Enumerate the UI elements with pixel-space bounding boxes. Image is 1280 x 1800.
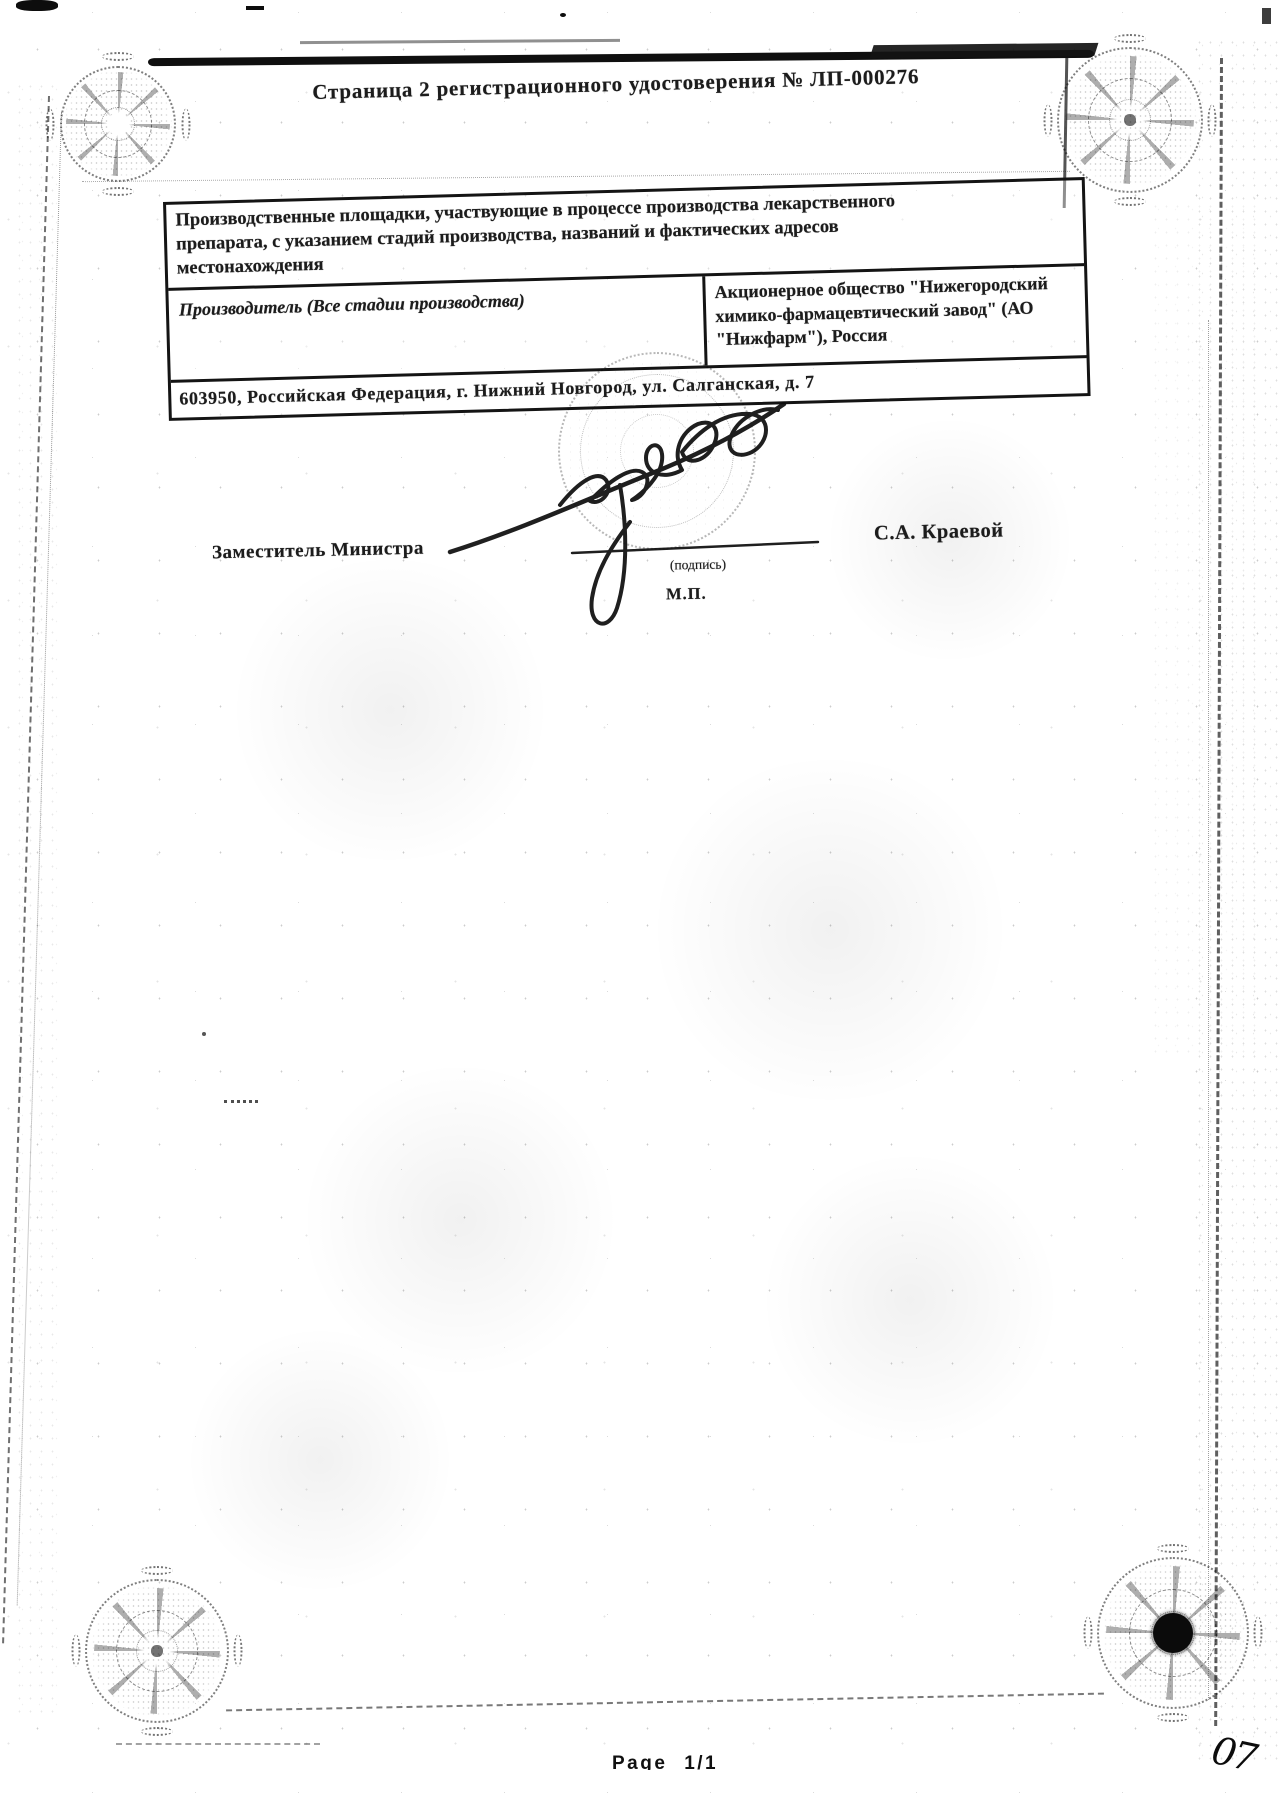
producer-value-cell: Акционерное общество "Нижегородский хими…	[702, 266, 1086, 365]
guilloche-rosette-bottom-right-icon	[1100, 1560, 1246, 1706]
scan-speck	[560, 13, 566, 17]
scan-speck	[1262, 8, 1271, 24]
guilloche-rosette-top-left-icon	[62, 68, 174, 180]
border-line-bottom	[226, 1693, 1104, 1712]
scan-blotch	[180, 1330, 460, 1590]
right-border-texture	[1194, 36, 1280, 1760]
handwritten-page-mark: 07	[1208, 1728, 1259, 1780]
border-line-right-inner	[1208, 320, 1209, 1700]
position-title: Заместитель Министра	[212, 538, 424, 565]
border-line-left-inner	[17, 112, 62, 1605]
guilloche-rosette-bottom-left-icon	[88, 1582, 226, 1720]
page-indicator: Page 1/1	[612, 1752, 718, 1770]
border-line-bottom-left	[116, 1743, 320, 1745]
scan-blotch	[760, 1150, 1060, 1450]
signer-name: С.А. Краевой	[874, 520, 1004, 546]
scan-streak	[300, 39, 620, 44]
right-margin-mottle	[1150, 200, 1260, 1060]
scan-blotch	[300, 1060, 620, 1380]
scan-dots-row	[224, 1100, 258, 1103]
scan-speck	[16, 0, 58, 11]
handwritten-signature	[420, 370, 840, 650]
guilloche-rosette-top-right-icon	[1060, 50, 1200, 190]
border-line-right-outer	[1214, 58, 1223, 1726]
seal-abbreviation: М.П.	[666, 584, 707, 605]
signature-caption: (подпись)	[646, 556, 750, 574]
scanned-certificate-page: Страница 2 регистрационного удостоверени…	[0, 0, 1280, 1800]
page-title: Страница 2 регистрационного удостоверени…	[312, 64, 920, 105]
scan-speck	[246, 6, 264, 10]
border-line-left-outer	[2, 96, 50, 1643]
scan-blotch	[640, 760, 1020, 1100]
scan-speck	[202, 1032, 206, 1036]
left-border-texture	[14, 80, 58, 1720]
